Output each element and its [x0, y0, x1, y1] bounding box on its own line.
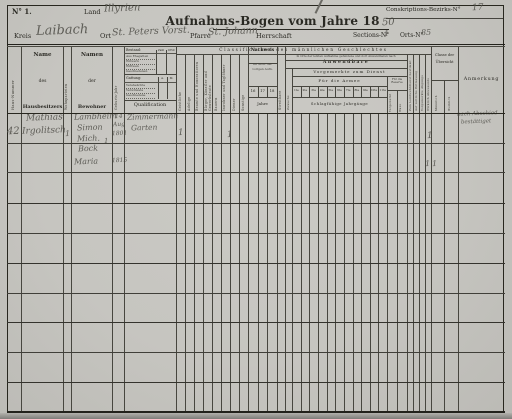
nachweis-age: 17: [258, 89, 267, 93]
grid-line: [7, 411, 505, 413]
inhabitants-header-line3: Bewohner: [78, 104, 106, 110]
streitbare-column-label: Streitbare: [279, 58, 283, 110]
category-column-label: Inwohner und Taglöhner: [223, 57, 230, 111]
grid-line: [258, 86, 259, 97]
land-label: Land: [84, 9, 101, 16]
form-title: Aufnahms-Bogen vom Jahre 18: [166, 14, 380, 28]
owner-header-line1: Name: [34, 52, 52, 58]
age-class-cell: 3te: [309, 89, 318, 92]
entry-tally-mark: 1: [104, 138, 109, 145]
grid-line: [124, 74, 176, 75]
uebersicht-male-label: Männlich: [435, 84, 438, 111]
entry-qualification: Garten: [131, 124, 158, 132]
grid-line: [353, 86, 354, 97]
age-class-cell: 1te: [292, 89, 301, 92]
category-column-label: Beamte und Honoratioren: [196, 57, 203, 111]
dwelling-party-column-label: Wohnparteien: [65, 56, 69, 110]
grid-line: [285, 68, 407, 69]
grid-line: [7, 293, 505, 294]
grid-line: [361, 86, 362, 97]
ort-value: St. Peters Vorst.: [112, 26, 190, 38]
sections-value: 1: [384, 30, 389, 38]
anwendbare-title: Anwendbare: [286, 61, 406, 66]
grid-line: [267, 86, 268, 97]
gattung-col2: M.: [167, 77, 176, 80]
ort-label: Ort: [100, 33, 111, 40]
grid-line: [387, 76, 388, 412]
grid-line: [431, 80, 458, 81]
grid-line: [292, 97, 387, 98]
house-number-column-label: Haus-Nummer: [11, 58, 15, 110]
conscription-underline: [386, 18, 503, 19]
gattung-row: Geschiedene: [126, 93, 155, 99]
qualification-label: Qualification: [124, 103, 176, 109]
grid-line: [292, 86, 387, 87]
grid-line: [7, 44, 505, 46]
age-class-cell: 2te: [301, 89, 310, 92]
anmerkung-label: Anmerkung: [458, 77, 505, 82]
grid-line: [124, 100, 176, 101]
kreis-label: Kreis: [14, 33, 31, 40]
age-class-cell: 9te: [361, 89, 370, 92]
grid-line: [285, 47, 286, 412]
right-column-label: Vorgemerkte Abgänge: [421, 57, 424, 111]
uebersicht-title: Classe der Übersicht: [432, 52, 458, 66]
grid-line: [248, 63, 277, 64]
nachweis-ages-unit: Jahre: [248, 102, 277, 106]
gattung-title: Gattung:: [126, 77, 141, 81]
pfarre-value: St. Johann: [208, 26, 258, 37]
inhabitants-column-header: Namen der Bewohner: [72, 52, 112, 110]
entry-owner-name: Irgolitsch: [22, 126, 66, 137]
grid-line: [458, 47, 459, 412]
entry-remark: bestättiget: [461, 119, 491, 126]
grid-line: [7, 233, 505, 234]
entry-birth-date: 14: [115, 114, 123, 120]
grid-line: [387, 90, 407, 91]
conscription-value: 17: [472, 4, 484, 13]
age-class-cell: 7te: [344, 89, 353, 92]
grid-line: [7, 352, 505, 353]
grid-line: [7, 113, 505, 114]
grid-line: [176, 47, 177, 412]
entry-tally-mark: 1: [432, 160, 437, 168]
reserve-subcolumn-label: Wann: [399, 92, 402, 112]
category-column-label: Adelige: [188, 57, 192, 111]
grid-line: [167, 77, 168, 99]
grid-line: [397, 90, 398, 412]
grid-line: [63, 47, 64, 412]
birth-year-column-label: Geburts-Jahr: [115, 58, 119, 110]
right-column-label: Wirklich Abwesende: [427, 57, 430, 111]
grid-line: [156, 50, 157, 74]
kreis-value: Laibach: [36, 23, 89, 38]
category-column-label: Bauern: [215, 57, 219, 111]
anwendbare-note: In Orte der letzten Aufnahme gefundene u…: [286, 55, 406, 58]
grid-line: [176, 54, 431, 55]
entry-inhabitant-name: Simon: [77, 124, 103, 133]
nachweis-age: 18: [267, 89, 277, 93]
armee-title: Für die Armee: [292, 79, 387, 83]
age-class-cell: 4te: [318, 89, 327, 92]
grid-line: [7, 322, 505, 323]
grid-line: [7, 203, 505, 204]
grid-line: [285, 60, 407, 61]
age-class-cell: 10te: [370, 89, 379, 92]
grid-line: [166, 50, 167, 74]
land-value: Illyrien: [104, 3, 141, 14]
grid-line: [309, 86, 310, 97]
grid-line: [7, 172, 505, 173]
classification-title: Classification des männlichen Geschlecht…: [176, 48, 431, 53]
right-column-label: Zum Landwehrdienst bestimmt: [409, 57, 412, 111]
grid-line: [327, 86, 328, 97]
category-column-label: Diener: [233, 57, 237, 111]
grid-line: [248, 86, 277, 87]
entry-owner-name: Mathias: [26, 113, 63, 123]
grid-line: [335, 86, 336, 97]
year-value: 50: [382, 18, 395, 28]
scanned-census-form: N° 1. Land Illyrien Aufnahms-Bogen vom J…: [0, 0, 512, 419]
grid-line: [431, 47, 432, 412]
grid-line: [318, 86, 319, 97]
anwendbare-left-column-label: Zuwachs: [287, 72, 290, 110]
grid-line: [292, 76, 407, 77]
grid-line: [7, 46, 505, 47]
grid-line: [158, 77, 159, 99]
gattung-col1: A.: [158, 77, 167, 80]
vorgemerkte-title: Vorgemerkte zum Dienst: [292, 70, 407, 74]
form-number: N° 1.: [12, 8, 32, 16]
grid-line: [71, 47, 72, 412]
grid-line: [124, 53, 176, 54]
grid-line: [292, 68, 293, 412]
owner-header-line2: des: [39, 79, 47, 84]
grid-line: [7, 263, 505, 264]
orts-value: 85: [421, 29, 431, 37]
category-column-label: Sonstige: [242, 57, 246, 111]
grid-line: [21, 47, 22, 412]
age-note: Schlagfähige Jahrgänge: [292, 102, 387, 106]
owner-column-header: Name des Hausbesitzers: [22, 52, 63, 110]
uebersicht-female-label: Weiblich: [448, 84, 451, 111]
grid-line: [124, 82, 176, 83]
herrschaft-label: Herrschaft: [256, 33, 292, 40]
age-class-cell: 6te: [335, 89, 344, 92]
grid-line: [248, 47, 249, 412]
age-class-cell: 5te: [327, 89, 336, 92]
entry-house-number: 42: [7, 127, 20, 137]
age-class-cell: 11te: [378, 89, 387, 92]
reserve-subcolumn-label: Vorgemerkt: [389, 92, 392, 112]
paper-bottom-edge: [0, 413, 512, 419]
grid-line: [7, 382, 505, 383]
nachweis-age: 16: [248, 89, 258, 93]
age-class-cell: 8te: [353, 89, 362, 92]
category-column-label: Bürger, Künstler und Gewerbsleute: [205, 57, 212, 111]
grid-line: [7, 143, 505, 144]
entry-inhabitant-name: Bock: [78, 145, 98, 154]
grid-line: [124, 47, 125, 412]
grid-line: [370, 86, 371, 97]
entry-inhabitant-name: Maria: [74, 158, 98, 167]
grid-line: [378, 86, 379, 97]
inhabitants-header-line2: der: [88, 79, 96, 84]
entry-tally-mark: 1: [178, 129, 184, 138]
grid-line: [112, 47, 113, 412]
inhabitants-header-line1: Namen: [81, 52, 103, 58]
orts-label: Orts-N°: [400, 33, 424, 40]
right-column-label: Auf zeitliche Entlassung: [415, 57, 418, 111]
conscription-label: Conskriptions-Bezirks-N°: [386, 7, 461, 13]
grid-line: [444, 80, 445, 412]
grid-line: [277, 47, 278, 412]
owner-header-line3: Hausbesitzers: [23, 104, 63, 110]
entry-dwelling-party: 1: [65, 130, 70, 138]
grid-line: [248, 97, 277, 98]
category-column-label: Geistliche: [179, 57, 183, 111]
grid-line: [344, 86, 345, 97]
reserve-title: Für die Reserve: [388, 78, 407, 85]
grid-line: [301, 86, 302, 97]
